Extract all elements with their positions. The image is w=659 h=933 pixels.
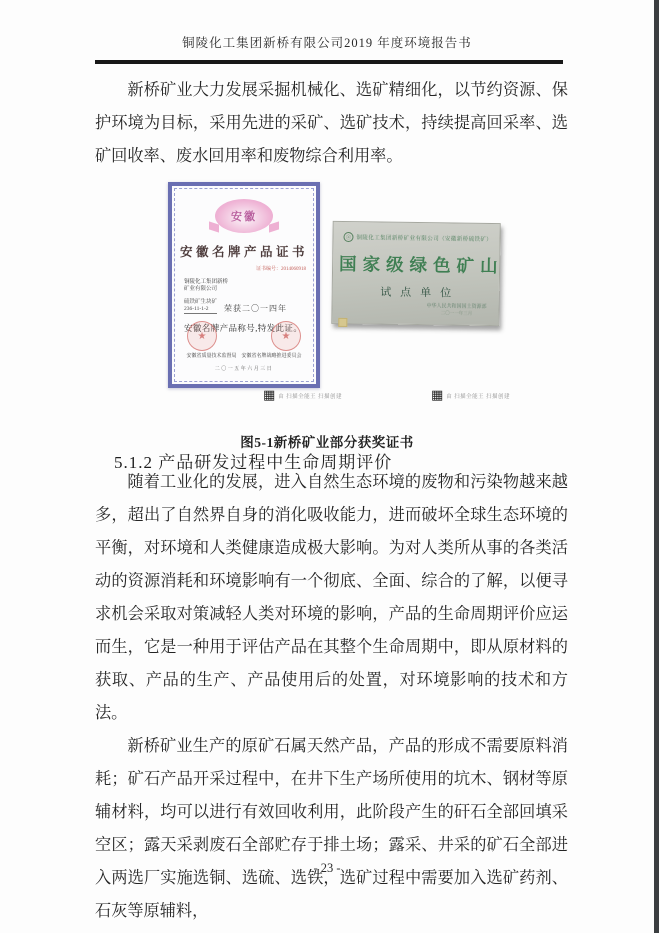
corner-sticker: [338, 318, 347, 327]
document-header-title: 铜陵化工集团新桥有限公司2019 年度环境报告书: [0, 33, 654, 51]
awards-figure: 安徽 安徽名牌产品证书 证书编号：2014060918 铜陵化工集团新桥 矿业有…: [95, 176, 568, 428]
body-paragraph-block: 随着工业化的发展，进入自然生态环境的废物和污染物越来越多，超出了自然界自身的消化…: [95, 466, 568, 928]
certificate-number: 证书编号：2014060918: [172, 265, 316, 272]
paragraph: 随着工业化的发展，进入自然生态环境的废物和污染物越来越多，超出了自然界自身的消化…: [95, 466, 568, 730]
plaque-title: 国家级绿色矿山: [333, 251, 499, 278]
document-page: 铜陵化工集团新桥有限公司2019 年度环境报告书 新桥矿业大力发展采掘机械化、选…: [0, 0, 659, 933]
product-code: 236-11-1-2: [184, 306, 217, 314]
red-seal-icon: ★: [271, 321, 301, 351]
organization-line: 铜陵化工集团新桥: [184, 279, 316, 286]
certificate-anhui-famous-brand: 安徽 安徽名牌产品证书 证书编号：2014060918 铜陵化工集团新桥 矿业有…: [168, 182, 320, 388]
ministry-logo-icon: ⓐ: [343, 232, 353, 242]
qr-code-icon: ▦: [431, 389, 443, 402]
header-rule: [95, 60, 563, 64]
emblem-label: 安徽: [231, 208, 257, 224]
plaque-subtitle: 试点单位: [333, 283, 499, 301]
product-award-row: 硫铁矿生块矿 236-11-1-2 荣获二〇一四年: [184, 299, 304, 314]
scan-watermark-right: ▦ 由 扫描全能王 扫描创建: [431, 389, 510, 402]
anhui-emblem-icon: 安徽: [215, 199, 273, 233]
plaque-issuer-block: 中华人民共和国国土资源部 二〇一一年三月: [426, 302, 486, 317]
paragraph: 新桥矿业生产的原矿石属天然产品，产品的形成不需要原料消耗；矿石产品开采过程中，在…: [95, 730, 568, 928]
scan-watermark-left: ▦ 由 扫描全能王 扫描创建: [263, 389, 342, 402]
organization-line: 矿业有限公司: [184, 286, 316, 293]
scan-watermark-text: 由 扫描全能王 扫描创建: [278, 392, 342, 400]
issuer-name: 安徽省名牌战略推进委员会: [242, 352, 302, 359]
plaque-header-row: ⓐ 铜陵化工集团新桥矿业有限公司（安徽新桥硫铁矿）: [343, 232, 491, 244]
logo-glyph: ⓐ: [346, 234, 351, 241]
page-number: - 23 -: [0, 861, 654, 876]
plaque-company-line: 铜陵化工集团新桥矿业有限公司（安徽新桥硫铁矿）: [356, 233, 491, 243]
certificate-title: 安徽名牌产品证书: [172, 242, 316, 260]
issuer-row: 安徽省质量技术监督局 安徽省名牌战略推进委员会: [172, 352, 316, 359]
issuer-name: 安徽省质量技术监督局: [186, 352, 236, 359]
scan-edge-shadow: [654, 0, 659, 933]
intro-paragraph-block: 新桥矿业大力发展采掘机械化、选矿精细化，以节约资源、保护环境为目标，采用先进的采…: [95, 74, 568, 173]
plaque-issuer: 中华人民共和国国土资源部: [426, 302, 486, 310]
product-info: 硫铁矿生块矿 236-11-1-2: [184, 299, 217, 314]
plaque-national-green-mine: ⓐ 铜陵化工集团新桥矿业有限公司（安徽新桥硫铁矿） 国家级绿色矿山 试点单位 中…: [331, 221, 500, 326]
certificate-date: 二〇一五年六月三日: [172, 365, 316, 372]
award-year-text: 荣获二〇一四年: [224, 303, 287, 314]
red-seal-icon: ★: [187, 321, 217, 351]
organization-name: 铜陵化工集团新桥 矿业有限公司: [184, 279, 316, 293]
product-name: 硫铁矿生块矿: [184, 299, 217, 306]
seal-star: ★: [198, 331, 207, 342]
plaque-date: 二〇一一年三月: [426, 310, 486, 317]
seal-star: ★: [282, 331, 291, 342]
qr-code-icon: ▦: [263, 389, 275, 402]
scan-watermark-text: 由 扫描全能王 扫描创建: [446, 392, 510, 400]
paragraph: 新桥矿业大力发展采掘机械化、选矿精细化，以节约资源、保护环境为目标，采用先进的采…: [95, 74, 568, 173]
